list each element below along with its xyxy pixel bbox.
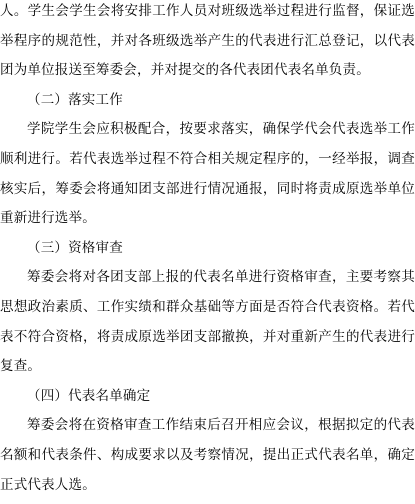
paragraph-qualification-review: 筹委会将对各团支部上报的代表名单进行资格审查，主要考察其思想政治素质、工作实绩和… [0,262,415,380]
paragraph-name-list-confirmation: 筹委会将在资格审查工作结束后召开相应会议，根据拟定的代表名额和代表条件、构成要求… [0,410,415,499]
section-heading-4-name-list-confirmation: （四）代表名单确定 [0,381,415,411]
section-heading-3-qualification-review: （三）资格审查 [0,233,415,263]
document-page: 人。学生会学生会将安排工作人员对班级选举过程进行监督，保证选举程序的规范性，并对… [0,0,415,500]
section-heading-2-implementation: （二）落实工作 [0,85,415,115]
paragraph-election-supervision-continuation: 人。学生会学生会将安排工作人员对班级选举过程进行监督，保证选举程序的规范性，并对… [0,0,415,85]
paragraph-implementation-work: 学院学生会应积极配合，按要求落实，确保学代会代表选举工作顺利进行。若代表选举过程… [0,114,415,232]
